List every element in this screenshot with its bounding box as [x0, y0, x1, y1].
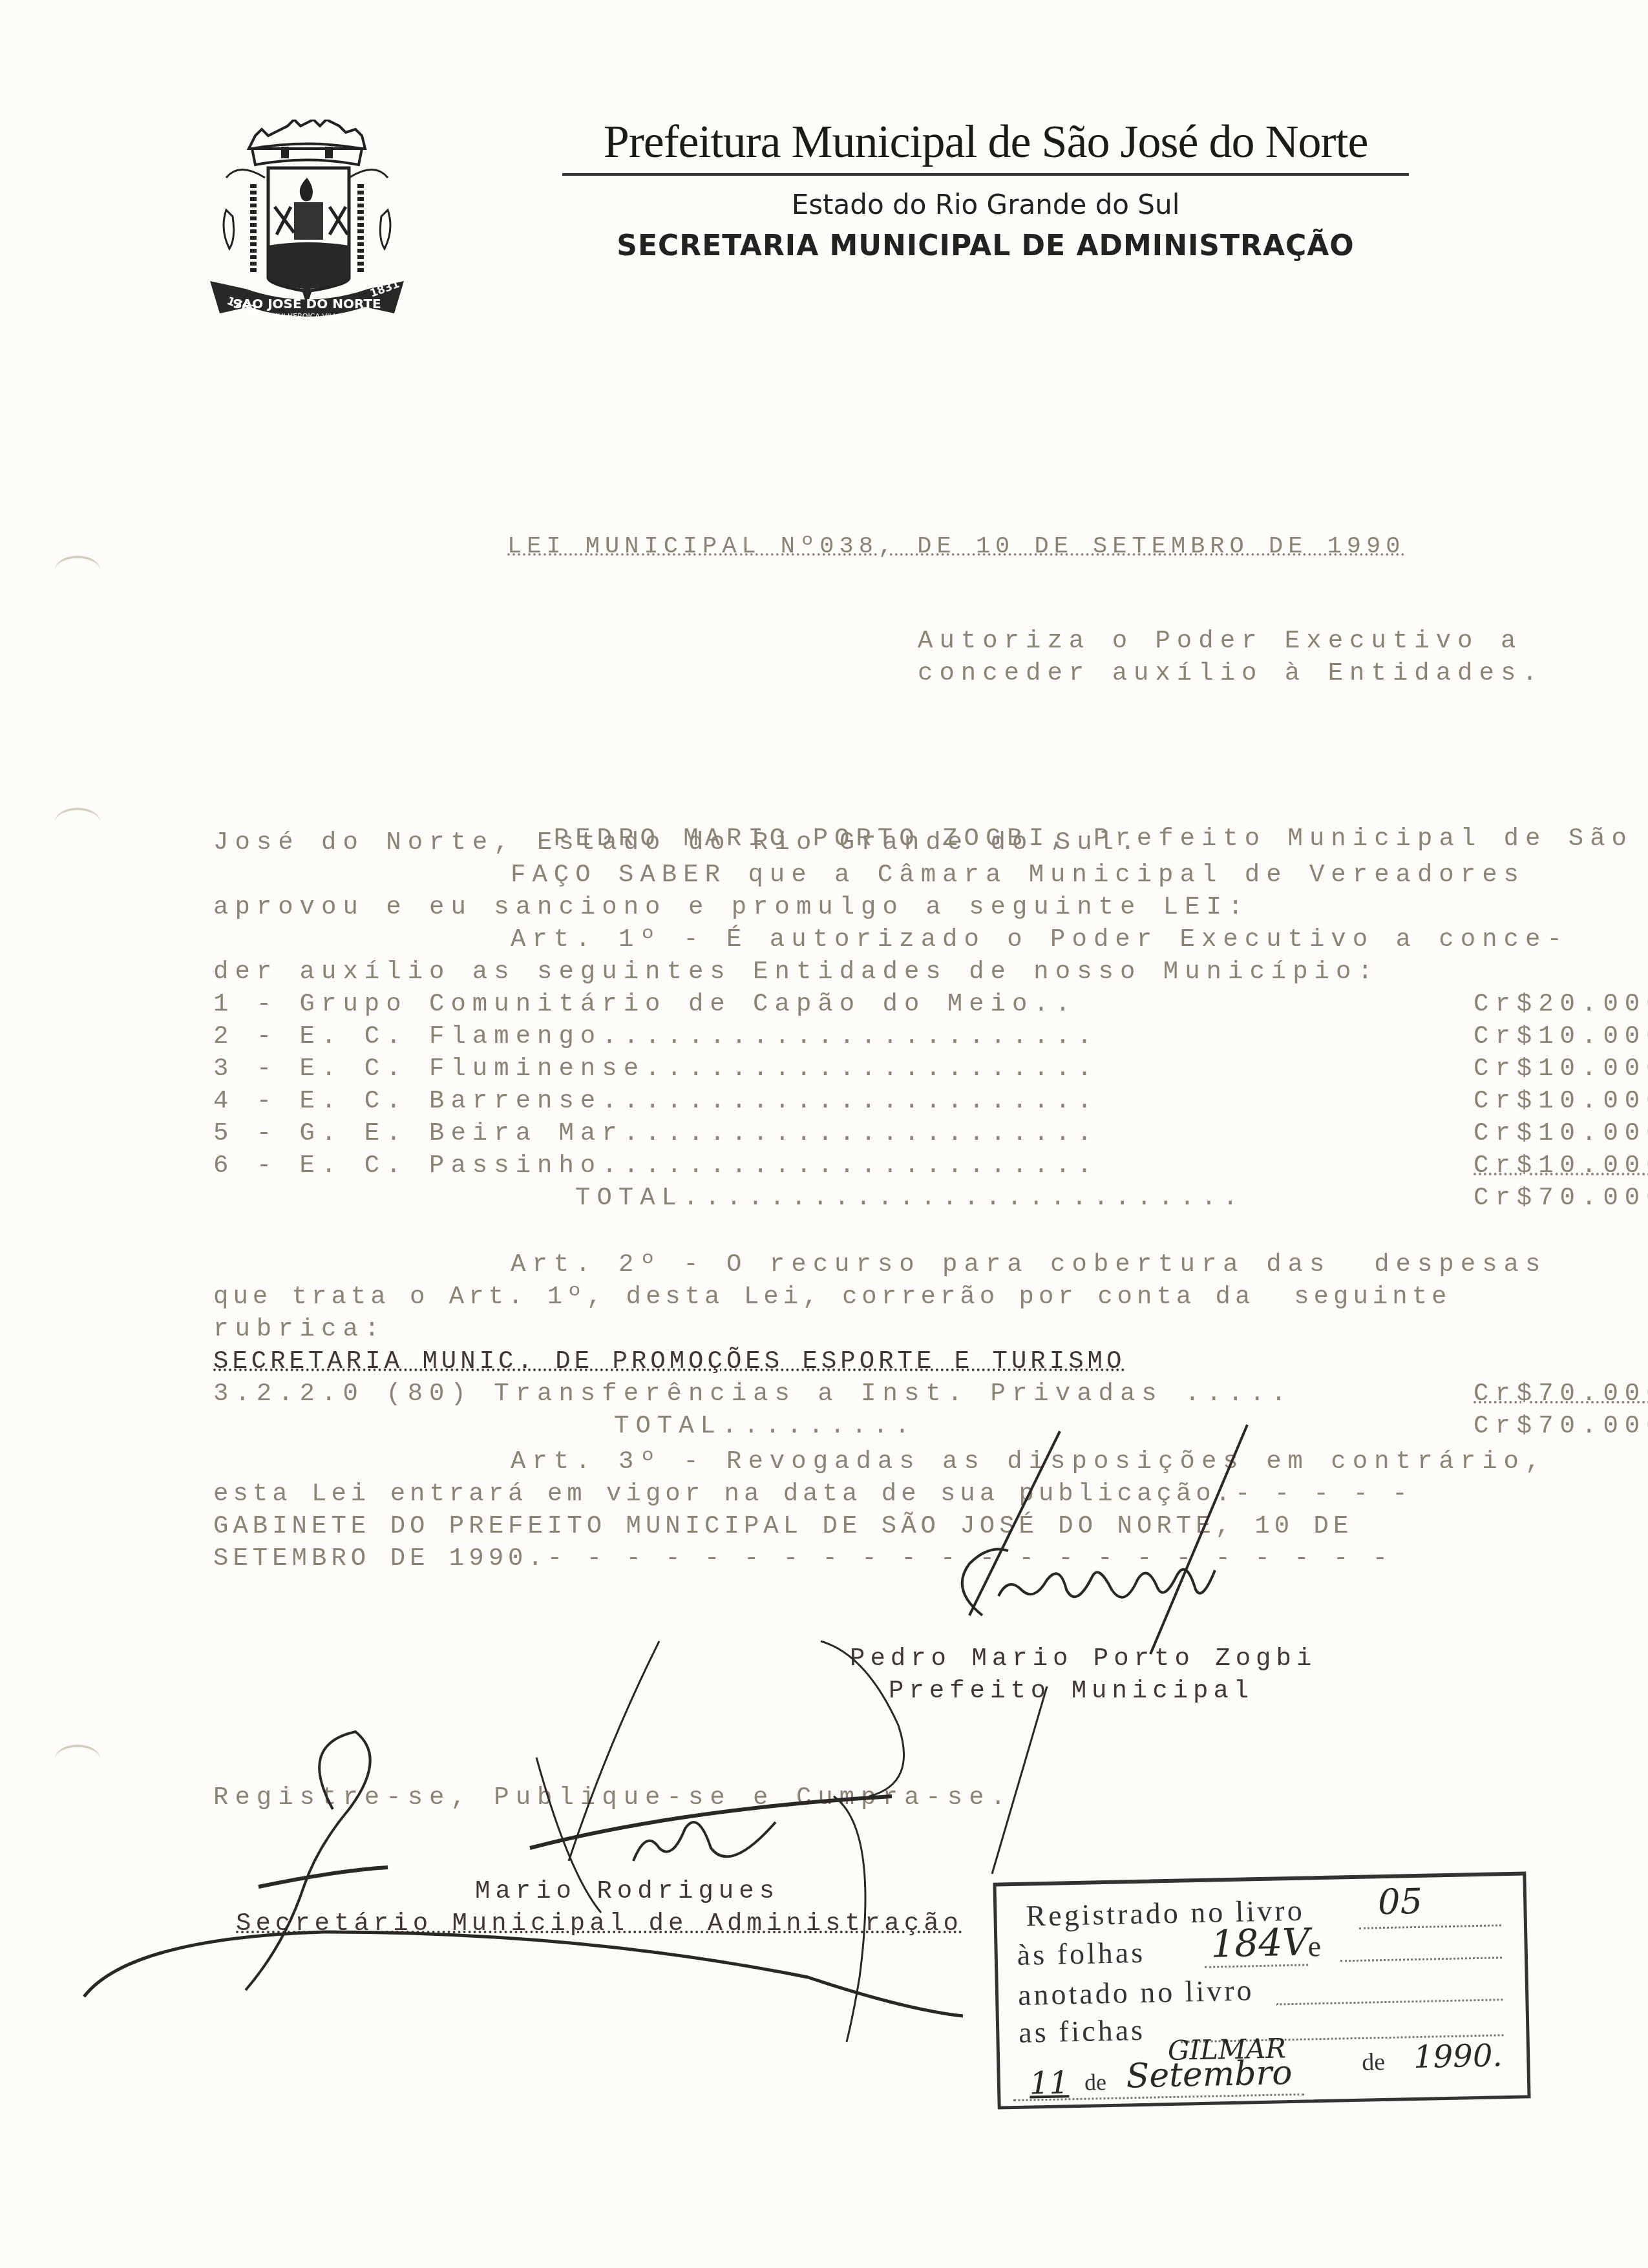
stamp-month: Setembro [1126, 2053, 1293, 2095]
stamp-year: 1990. [1413, 2037, 1503, 2075]
stamp-cards-label: as fichas [1019, 2013, 1146, 2050]
stamp-de: de [1362, 2048, 1386, 2077]
registration-stamp: Registrado no livro 05 às folhas 184V e … [993, 1871, 1530, 2109]
stamp-pages-tail: e [1307, 1929, 1322, 1963]
stamp-annotated-label: anotado no livro [1018, 1973, 1255, 2012]
stamp-pages-label: às folhas [1017, 1935, 1145, 1972]
stamp-pages-value: 184V [1210, 1920, 1310, 1966]
stamp-de: de [1084, 2068, 1106, 2096]
stamp-book-value: 05 [1378, 1881, 1423, 1922]
stamp-day: 11 [1029, 2064, 1069, 2101]
